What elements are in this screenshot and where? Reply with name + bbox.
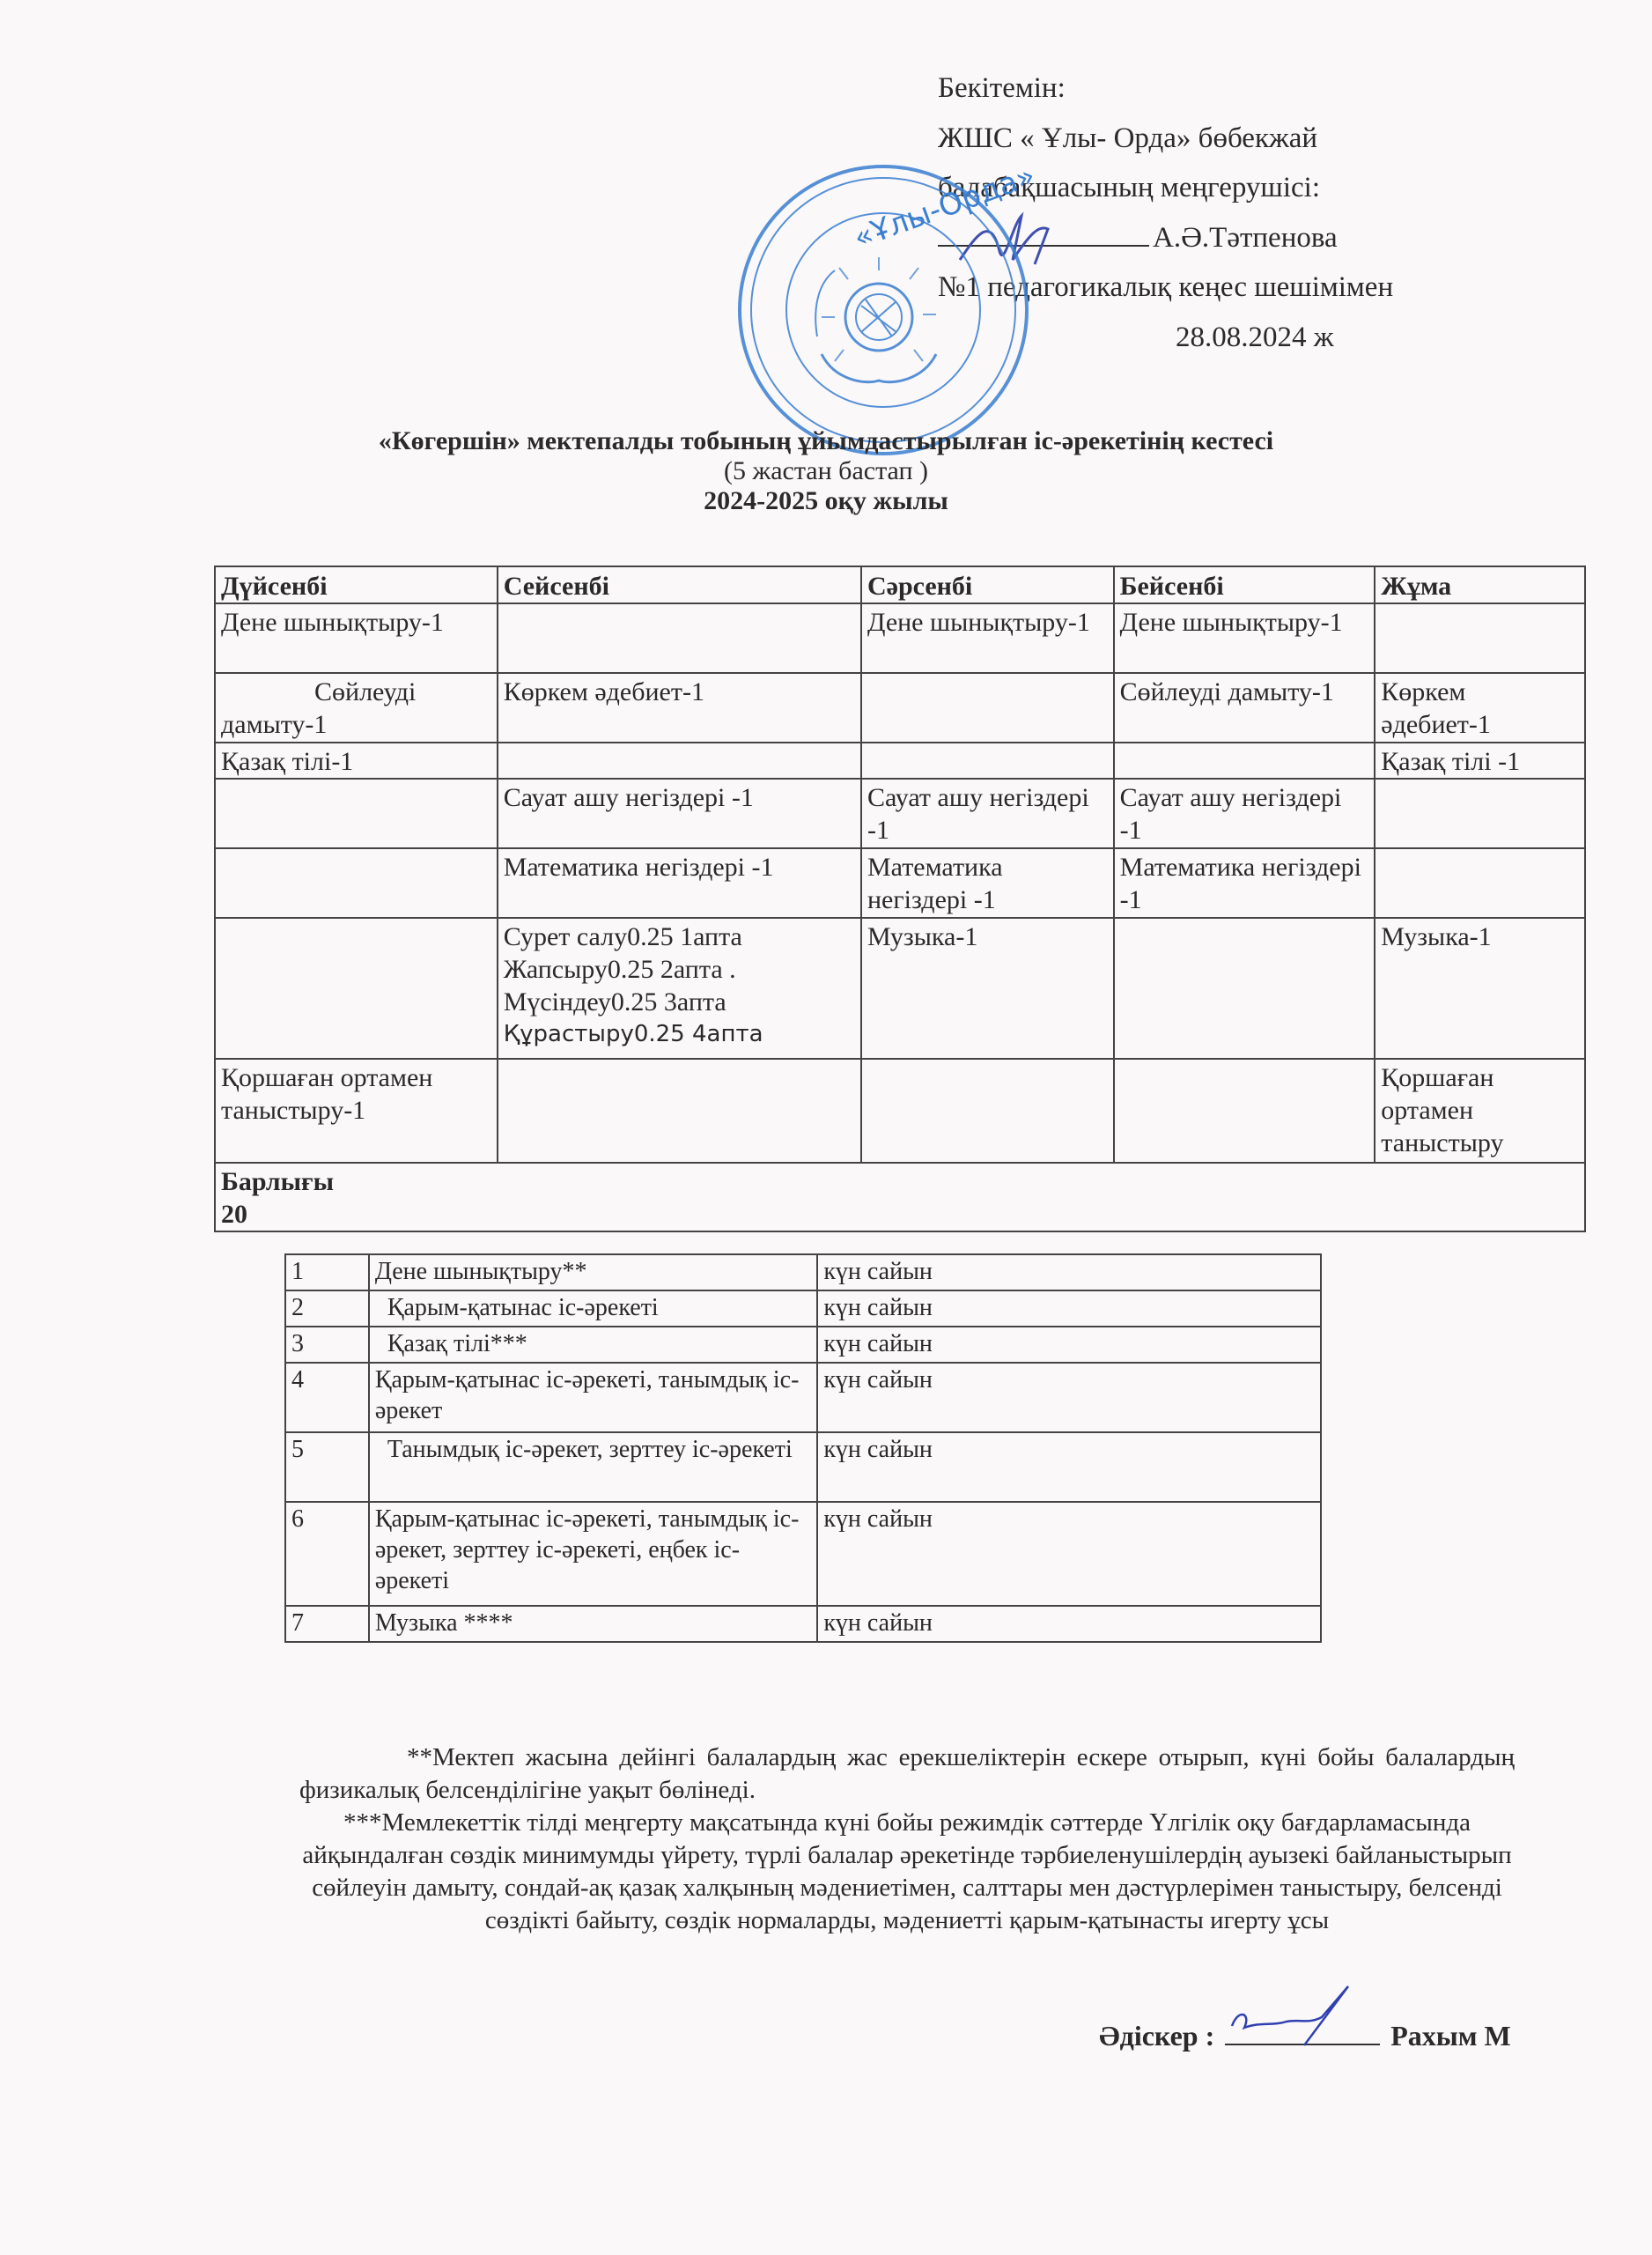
table-cell <box>215 918 498 1059</box>
document-subtitle: (5 жастан бастап ) <box>0 456 1652 486</box>
table-cell <box>1114 743 1375 779</box>
signature-underline <box>1225 2017 1380 2045</box>
art-line: Құрастыру0.25 4апта <box>504 1018 855 1051</box>
footnotes: **Мектеп жасына дейінгі балалардың жас е… <box>299 1741 1515 1937</box>
document-title: «Көгершін» мектепалды тобының ұйымдастыр… <box>0 426 1652 456</box>
table-cell: Математика негіздері -1 <box>861 848 1114 918</box>
activity-name: Дене шынықтыру** <box>369 1254 818 1290</box>
table-total-row: Барлығы 20 <box>215 1163 1585 1231</box>
table-row: 3 Қазақ тілі*** күн сайын <box>285 1327 1321 1363</box>
document-title-block: «Көгершін» мектепалды тобының ұйымдастыр… <box>0 426 1652 516</box>
table-row: Қоршаған ортамен таныстыру-1 Қоршаған ор… <box>215 1059 1585 1163</box>
table-cell <box>861 743 1114 779</box>
table-cell <box>215 779 498 848</box>
activity-name: Қарым-қатынас іс-әрекеті <box>369 1290 818 1327</box>
table-cell: Математика негіздері -1 <box>498 848 861 918</box>
table-cell: Математика негіздері -1 <box>1114 848 1375 918</box>
table-row: 6 Қарым-қатынас іс-әрекеті, танымдық іс-… <box>285 1502 1321 1606</box>
table-cell: Қоршаған ортамен таныстыру <box>1375 1059 1585 1163</box>
activity-frequency: күн сайын <box>817 1290 1321 1327</box>
table-cell: Сауат ашу негіздері -1 <box>498 779 861 848</box>
activity-frequency: күн сайын <box>817 1432 1321 1502</box>
director-name: А.Ә.Тәтпенова <box>1153 222 1338 254</box>
methodist-name: Рахым М <box>1390 2020 1511 2052</box>
table-row: 1 Дене шынықтыру** күн сайын <box>285 1254 1321 1290</box>
table-cell <box>861 673 1114 743</box>
activity-frequency: күн сайын <box>817 1254 1321 1290</box>
table-row: Сөйлеуді дамыту-1 Көркем әдебиет-1 Сөйле… <box>215 673 1585 743</box>
table-cell: Сөйлеуді дамыту-1 <box>1114 673 1375 743</box>
table-row: Сауат ашу негіздері -1 Сауат ашу негізде… <box>215 779 1585 848</box>
table-cell <box>861 1059 1114 1163</box>
methodist-signature-block: Әдіскер : Рахым М <box>1099 2017 1511 2052</box>
svg-text:«Ұлы-Орда»: «Ұлы-Орда» <box>849 160 1033 256</box>
art-line: Мүсіндеу0.25 3апта <box>504 986 855 1018</box>
header-wednesday: Сәрсенбі <box>861 566 1114 603</box>
table-cell <box>1114 918 1375 1059</box>
table-cell <box>1114 1059 1375 1163</box>
header-tuesday: Сейсенбі <box>498 566 861 603</box>
table-row: Сурет салу0.25 1апта Жапсыру0.25 2апта .… <box>215 918 1585 1059</box>
methodist-label: Әдіскер : <box>1099 2020 1214 2052</box>
table-cell: Көркем әдебиет-1 <box>1375 673 1585 743</box>
table-cell <box>215 848 498 918</box>
art-line: Сурет салу0.25 1апта <box>504 920 855 953</box>
row-number: 4 <box>285 1363 369 1432</box>
table-cell: Дене шынықтыру-1 <box>1114 603 1375 673</box>
table-cell <box>498 603 861 673</box>
activity-name: Танымдық іс-әрекет, зерттеу іс-әрекеті <box>369 1432 818 1502</box>
table-cell: Музыка-1 <box>861 918 1114 1059</box>
header-thursday: Бейсенбі <box>1114 566 1375 603</box>
table-cell: Сауат ашу негіздері -1 <box>861 779 1114 848</box>
activity-frequency: күн сайын <box>817 1502 1321 1606</box>
table-row: 2 Қарым-қатынас іс-әрекеті күн сайын <box>285 1290 1321 1327</box>
table-cell <box>1375 779 1585 848</box>
activity-name: Қарым-қатынас іс-әрекеті, танымдық іс-әр… <box>369 1502 818 1606</box>
approval-heading: Бекітемін: <box>938 63 1393 114</box>
table-cell: Дене шынықтыру-1 <box>215 603 498 673</box>
table-row: Дене шынықтыру-1 Дене шынықтыру-1 Дене ш… <box>215 603 1585 673</box>
table-cell: Қазақ тілі -1 <box>1375 743 1585 779</box>
activity-frequency: күн сайын <box>817 1327 1321 1363</box>
table-cell <box>1375 848 1585 918</box>
activity-frequency-table: 1 Дене шынықтыру** күн сайын 2 Қарым-қат… <box>284 1253 1322 1643</box>
total-value: 20 <box>221 1198 1579 1231</box>
table-row: 4 Қарым-қатынас іс-әрекеті, танымдық іс-… <box>285 1363 1321 1432</box>
table-cell: Қазақ тілі-1 <box>215 743 498 779</box>
table-row: Математика негіздері -1 Математика негіз… <box>215 848 1585 918</box>
row-number: 5 <box>285 1432 369 1502</box>
approval-organization: ЖШС « Ұлы- Орда» бөбекжай <box>938 114 1393 164</box>
academic-year: 2024-2025 оқу жылы <box>0 486 1652 516</box>
activity-name: Қазақ тілі*** <box>369 1327 818 1363</box>
row-number: 2 <box>285 1290 369 1327</box>
table-cell <box>498 1059 861 1163</box>
table-row: 5 Танымдық іс-әрекет, зерттеу іс-әрекеті… <box>285 1432 1321 1502</box>
table-header-row: Дүйсенбі Сейсенбі Сәрсенбі Бейсенбі Жұма <box>215 566 1585 603</box>
art-line: Жапсыру0.25 2апта . <box>504 953 855 986</box>
table-cell <box>498 743 861 779</box>
table-cell: Қоршаған ортамен таныстыру-1 <box>215 1059 498 1163</box>
activity-name: Музыка **** <box>369 1606 818 1642</box>
official-stamp-icon: «Ұлы-Орда» <box>734 160 1033 460</box>
row-number: 6 <box>285 1502 369 1606</box>
table-cell: Дене шынықтыру-1 <box>861 603 1114 673</box>
methodist-signature-icon <box>1225 1982 1375 2048</box>
row-number: 7 <box>285 1606 369 1642</box>
weekly-schedule-table: Дүйсенбі Сейсенбі Сәрсенбі Бейсенбі Жұма… <box>214 566 1586 1232</box>
table-cell: Сөйлеуді дамыту-1 <box>215 673 498 743</box>
total-cell: Барлығы 20 <box>215 1163 1585 1231</box>
footnote-state-language: ***Мемлекеттік тілді меңгерту мақсатында… <box>299 1807 1515 1937</box>
activity-frequency: күн сайын <box>817 1606 1321 1642</box>
total-label: Барлығы <box>221 1165 1579 1198</box>
table-row: Қазақ тілі-1 Қазақ тілі -1 <box>215 743 1585 779</box>
table-cell: Сауат ашу негіздері -1 <box>1114 779 1375 848</box>
activity-frequency: күн сайын <box>817 1363 1321 1432</box>
header-friday: Жұма <box>1375 566 1585 603</box>
table-cell <box>1375 603 1585 673</box>
activity-name: Қарым-қатынас іс-әрекеті, танымдық іс-әр… <box>369 1363 818 1432</box>
table-cell: Музыка-1 <box>1375 918 1585 1059</box>
row-number: 1 <box>285 1254 369 1290</box>
table-cell: Көркем әдебиет-1 <box>498 673 861 743</box>
row-number: 3 <box>285 1327 369 1363</box>
header-monday: Дүйсенбі <box>215 566 498 603</box>
art-activities-cell: Сурет салу0.25 1апта Жапсыру0.25 2апта .… <box>498 918 861 1059</box>
table-row: 7 Музыка **** күн сайын <box>285 1606 1321 1642</box>
footnote-physical-activity: **Мектеп жасына дейінгі балалардың жас е… <box>299 1741 1515 1807</box>
